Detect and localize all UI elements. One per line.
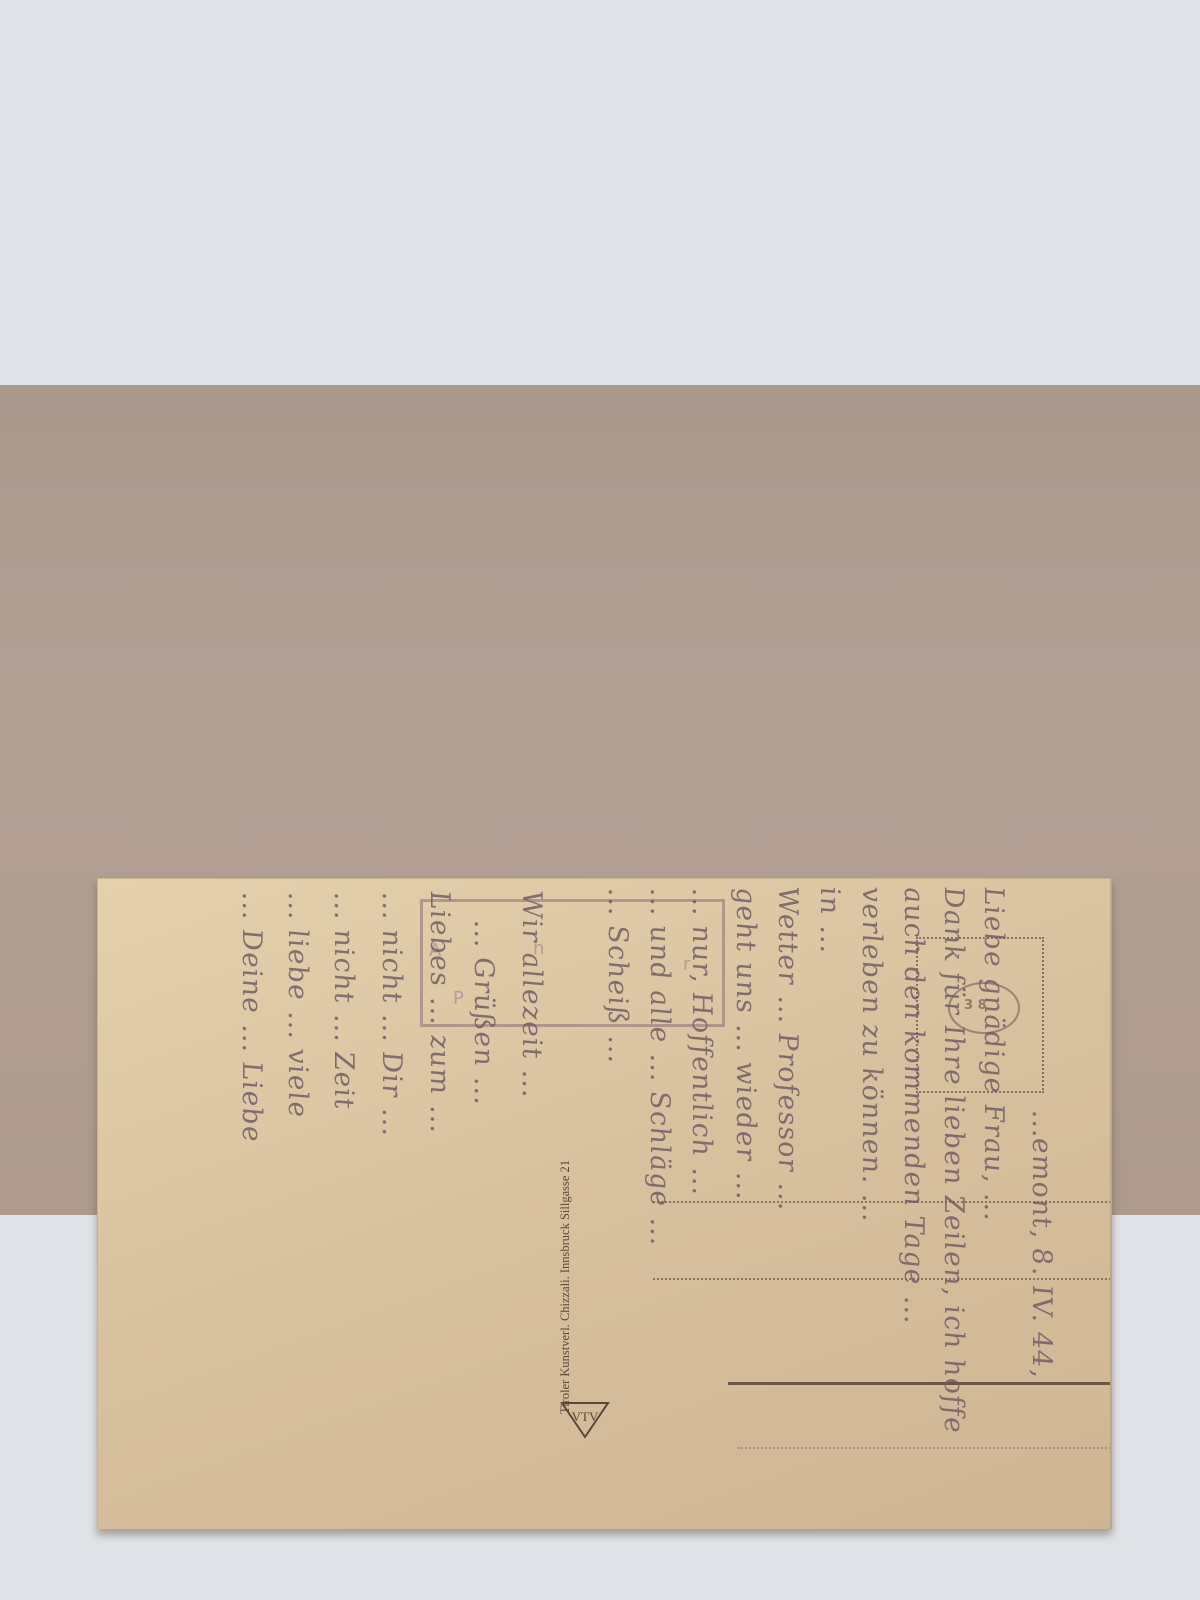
postcard: A P h r 3 8 Tiroler Kunstverl. Chizzali.… bbox=[97, 878, 1112, 1529]
svg-text:VTV: VTV bbox=[572, 1409, 599, 1424]
handwriting-line: ... Deine ... Liebe bbox=[238, 890, 265, 1145]
address-line bbox=[738, 1447, 1112, 1449]
publisher-imprint: Tiroler Kunstverl. Chizzali. Innsbruck S… bbox=[558, 974, 574, 1414]
handwriting-line: auch den kommenden Tage ... bbox=[900, 886, 927, 1326]
handwriting-line: Liebes ... zum ... bbox=[426, 890, 453, 1135]
handwriting-line: ... nicht ... Zeit bbox=[330, 890, 357, 1112]
handwriting-line: Wetter ... Professor ... bbox=[774, 886, 801, 1212]
handwriting-line: Liebe gnädige Frau, ... bbox=[980, 886, 1007, 1223]
handwriting-line: ... und alle ... Schläge ... bbox=[646, 886, 673, 1247]
handwriting-line: ... Scheiß ... bbox=[604, 886, 631, 1065]
handwriting-line: ... nicht ... Dir ... bbox=[378, 890, 405, 1138]
handwriting-line: ... nur, Hoffentlich ... bbox=[688, 886, 715, 1197]
handwriting-line: ... liebe ... viele bbox=[284, 890, 311, 1120]
address-line-underlined bbox=[728, 1382, 1112, 1385]
handwriting-line-date: ...emont, 8. IV. 44, bbox=[1028, 1108, 1055, 1380]
publisher-imprint-text: Tiroler Kunstverl. Chizzali. Innsbruck S… bbox=[558, 1160, 573, 1414]
handwriting-line: in ... bbox=[816, 886, 843, 955]
handwriting-line: geht uns ... wieder ... bbox=[732, 886, 759, 1202]
handwriting-line: Dank für Ihre lieben Zeilen, ich hoffe bbox=[940, 886, 967, 1436]
handwriting-line: verleben zu können. ... bbox=[858, 886, 885, 1224]
handwriting-line: Wir allezeit ... bbox=[518, 890, 545, 1100]
handwriting-line: ... Grüßen ... bbox=[470, 918, 497, 1107]
publisher-logo-icon: VTV bbox=[560, 1399, 610, 1439]
photo-background: A P h r 3 8 Tiroler Kunstverl. Chizzali.… bbox=[0, 385, 1200, 1215]
